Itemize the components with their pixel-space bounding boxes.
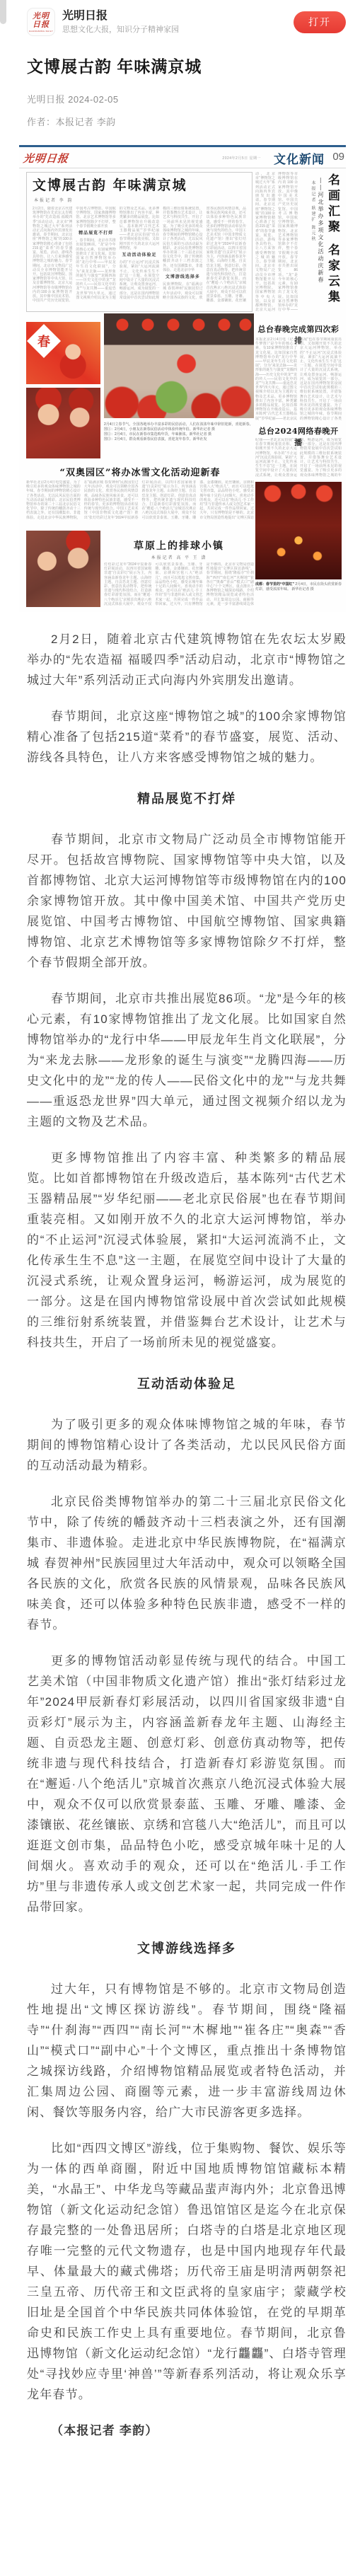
newspaper-main-byline: 本报记者 李 韵 — [34, 197, 246, 203]
newspaper-shuangao-text: 新华社北京2月4日电觉盛宴。为了吸引更多的观众体味博物馆之城的年味，春节期间的博… — [26, 480, 254, 524]
newspaper-dateline: 2024年2月5日 星期一 — [222, 156, 261, 161]
body-paragraph: 春节期间，北京这座“博物馆之城”的100余家博物馆精心准备了包括215道“菜肴”… — [27, 706, 347, 768]
section-heading: 文博游线选择多 — [27, 1939, 347, 1959]
section-heading: 精品展览不打烊 — [27, 789, 347, 809]
article-source-date: 光明日报 2024-02-05 — [27, 92, 360, 105]
section-heading: 互动活动体验足 — [27, 1374, 347, 1394]
app-tagline: 思想文化大报，知识分子精神家园 — [62, 25, 294, 35]
newspaper-wangluo-text: 纪丽——老北京民俗展”也在春节期间重装亮相。又如刚开放不久的北京大运河博物馆，举… — [255, 438, 342, 478]
newspaper-main-article-box: 文博展古韵 年味满京城 本报记者 李 韵 2月2日，随着北京古代建筑博物馆在先农… — [26, 172, 252, 312]
app-title-block: 光明日报 思想文化大报，知识分子精神家园 — [62, 9, 294, 35]
newspaper-photo-classroom — [104, 313, 254, 418]
body-paragraph: 为了吸引更多的观众体味博物馆之城的年味，春节期间的博物馆精心设计了各类活动，尤以… — [27, 1414, 347, 1476]
app-name: 光明日报 — [62, 9, 294, 23]
app-header: 光明日报 GUANGMING DAILY 光明日报 思想文化大报，知识分子精神家… — [0, 0, 360, 44]
body-paragraph: 比如“西四文博区”游线，位于集购物、餐饮、娱乐等为一体的西单商圈，附近中国地质博… — [27, 2138, 347, 2405]
newspaper-masthead-row: 光明日报 2024年2月5日 星期一 文化新闻 09 — [19, 149, 346, 168]
newspaper-column-heading: 精品展览不打烊 — [76, 231, 115, 236]
newspaper-chunwan-text: 本报北京2月4日电（记者牛梦笛）”是今年的核心元素，有10家博物馆推出了龙文化展… — [255, 337, 342, 421]
article-page: 光明日报 GUANGMING DAILY 光明日报 思想文化大报，知识分子精神家… — [0, 0, 360, 2576]
scroll-edge-strip — [0, 0, 6, 24]
article-author: 作者：本报记者 李韵 — [27, 115, 360, 128]
body-paragraph: 更多的博物馆活动彰显传统与现代的结合。中国工艺美术馆（中国非物质文化遗产馆）推出… — [27, 1651, 347, 1917]
photo-caption-line: 2月4日立春节气，全国各地举办丰富多彩的民俗活动，人们在浓浓年味中辞旧迎新，喜迎… — [104, 422, 254, 427]
newspaper-photo-girl: 春 — [26, 322, 100, 384]
newspaper-caoyuan-text: 灯结彩过龙年”2024甲辰新春灯彩展活动，以四川省国家级非遗“自贡彩灯”展示为主… — [104, 562, 254, 607]
spring-character-decoration: 春 — [27, 324, 61, 358]
newspaper-photo-lantern-street — [255, 482, 342, 579]
lantern-caption-title: 成都：春节里的“中国红” — [255, 582, 294, 587]
body-paragraph: 2月2日，随着北京古代建筑博物馆在先农坛太岁殿举办的“先农造福 福暖四季”活动启… — [27, 629, 347, 691]
article-body: 2月2日，随着北京古代建筑博物馆在先农坛太岁殿举办的“先农造福 福暖四季”活动启… — [0, 629, 360, 2522]
newspaper-column-heading: 文博游线选择多 — [163, 275, 202, 279]
newspaper-vertical-byline: 本报记者 耿建扩 陈元秋 — [309, 180, 316, 315]
app-logo-icon: 光明日报 GUANGMING DAILY — [27, 8, 55, 36]
photo-caption-line: 图①：2月4日，小朋友在新春民俗活动中体验传统年俗。新华社记者 摄 — [104, 427, 254, 432]
newspaper-lantern-caption: 成都：春节里的“中国红” 2月4日，市民在街头欣赏新春灯彩，感受浓浓年味。 新华… — [255, 582, 342, 592]
body-paragraph: 更多博物馆推出了内容丰富、种类繁多的精品展览。比如首都博物馆在升级改造后，基本陈… — [27, 1148, 347, 1353]
body-paragraph: 北京民俗类博物馆举办的第二十三届北京民俗文化节中，除了传统的幡鼓齐动十三档表演之… — [27, 1491, 347, 1635]
newspaper-top-rule — [19, 145, 346, 147]
newspaper-section-title: 文化新闻 — [274, 149, 325, 167]
newspaper-page-image[interactable]: 光明日报 2024年2月5日 星期一 文化新闻 09 文博展古韵 年味满京城 本… — [19, 145, 346, 612]
newspaper-article-columns: 2月2日，随着北京古代建筑博物馆在先农坛太岁殿举办的“先农造福 福暖四季”活动启… — [33, 207, 246, 304]
lantern-caption-credit: 新华社记者 摄 — [291, 587, 313, 591]
body-paragraph: 春节期间，北京市文物局广泛动员全市博物馆能开尽开。包括故宫博物院、国家博物馆等中… — [27, 829, 347, 973]
app-logo-subtext: GUANGMING DAILY — [29, 30, 53, 33]
newspaper-headline-caoyuan: 草原上的排球小镇 — [104, 538, 254, 553]
newspaper-photo-family — [26, 531, 100, 607]
newspaper-vertical-headline-block: 名画汇聚 名家云集 ——河北举办多项文化活动庆新春 本报记者 耿建扩 陈元秋 — [301, 173, 340, 315]
newspaper-caoyuan-byline: 本报记者 高 平 王 潇 — [104, 554, 254, 560]
body-paragraph: 过大年，只有博物馆是不够的。北京市文物局创造性地提出“文博区探访游线”。春节期间… — [27, 1979, 347, 2122]
newspaper-masthead: 光明日报 — [23, 151, 69, 166]
article-title: 文博展古韵 年味满京城 — [27, 55, 346, 78]
body-paragraph: 春节期间，北京市共推出展览86项。“龙”是今年的核心元素，有10家博物馆推出了龙… — [27, 988, 347, 1132]
newspaper-page-number: 09 — [332, 151, 344, 163]
newspaper-vertical-headline: 名画汇聚 名家云集 — [325, 173, 340, 315]
newspaper-photo-children — [26, 388, 100, 458]
photo-caption-line: 图②：2月4日，市民在新春市集选购年货，年味渐浓。新华社记者 摄 — [104, 432, 254, 437]
newspaper-main-headline: 文博展古韵 年味满京城 — [33, 177, 246, 194]
newspaper-photo-captions: 2月4日立春节气，全国各地举办丰富多彩的民俗活动，人们在浓浓年味中辞旧迎新，喜迎… — [104, 422, 254, 442]
open-app-button[interactable]: 打开 — [294, 11, 346, 33]
lantern-row-decoration — [104, 318, 254, 333]
newspaper-headline-shuangao: “双奥园区”将办冰雪文化活动迎新春 — [26, 465, 254, 478]
photo-caption-line: 图③：2月4日，群众观看新春民俗表演，喜迎龙年春节。新华社发 — [104, 437, 254, 442]
newspaper-vertical-subheadline: ——河北举办多项文化活动庆新春 — [316, 178, 325, 315]
newspaper-column-heading: 互动活动体验足 — [120, 253, 159, 258]
closing-byline: （本报记者 李韵） — [27, 2420, 347, 2441]
app-logo-text: 光明日报 — [31, 12, 51, 29]
newspaper-right-columns: 动，北京市“博物馆之城过大年”系列活动正式向海内外宾朋发出邀请。春节期间，北京这… — [255, 172, 298, 313]
